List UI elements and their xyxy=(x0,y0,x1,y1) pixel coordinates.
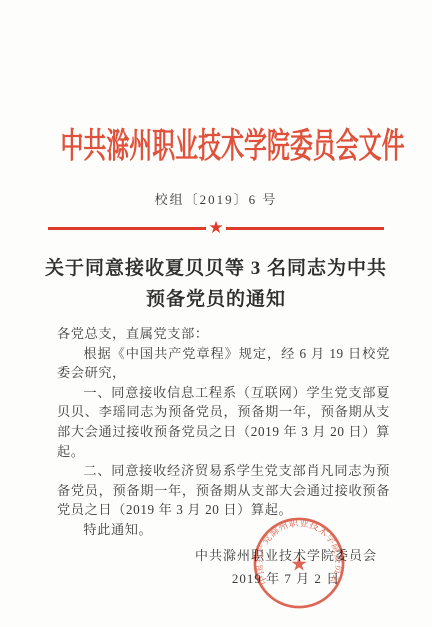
document-number: 校组〔2019〕6 号 xyxy=(0,189,432,208)
document-page: 中共滁州职业技术学院委员会文件 校组〔2019〕6 号 ★ 关于同意接收夏贝贝等… xyxy=(0,0,432,627)
document-title-line1: 关于同意接收夏贝贝等 3 名同志为中共 xyxy=(0,253,432,284)
signature-organization: 中共滁州职业技术学院委员会 xyxy=(180,544,392,567)
star-icon: ★ xyxy=(206,220,225,237)
paragraph-closing: 特此通知。 xyxy=(57,520,390,540)
letterhead-title: 中共滁州职业技术学院委员会文件 xyxy=(60,117,404,167)
letterhead: 中共滁州职业技术学院委员会文件 xyxy=(0,0,432,165)
signature-block: 中共滁州职业技术学院委员会 2019 年 7 月 2 日 xyxy=(180,544,392,590)
signature-date: 2019 年 7 月 2 日 xyxy=(180,567,392,590)
divider-line-right xyxy=(226,227,384,230)
red-divider: ★ xyxy=(48,220,384,237)
paragraph-item-1: 一、同意接收信息工程系（互联网）学生党支部夏贝贝、李瑶同志为预备党员，预备期一年… xyxy=(57,383,390,461)
document-title-line2: 预备党员的通知 xyxy=(0,284,432,315)
document-body: 各党总支，直属党支部： 根据《中国共产党章程》规定，经 6 月 19 日校党委会… xyxy=(0,324,432,540)
paragraph-basis: 根据《中国共产党章程》规定，经 6 月 19 日校党委会研究， xyxy=(57,344,390,383)
divider-line-left xyxy=(48,227,206,230)
document-title: 关于同意接收夏贝贝等 3 名同志为中共 预备党员的通知 xyxy=(0,253,432,315)
paragraph-item-2: 二、同意接收经济贸易系学生党支部肖凡同志为预备党员，预备期一年，预备期从支部大会… xyxy=(57,461,390,520)
salutation: 各党总支，直属党支部： xyxy=(57,324,390,344)
